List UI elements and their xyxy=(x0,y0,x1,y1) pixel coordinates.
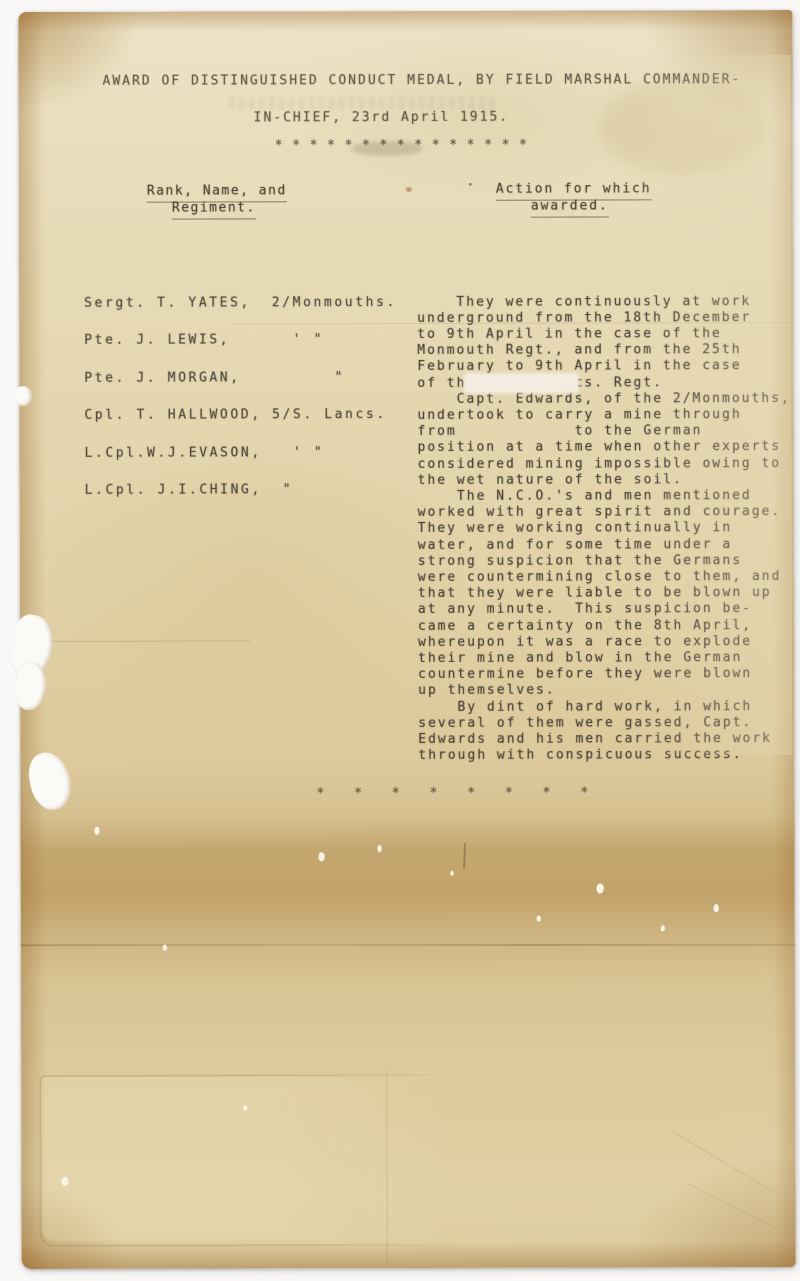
action-text-line: They were continuously at work xyxy=(417,294,790,311)
asterisk-separator-bottom: * * * * * * * * xyxy=(316,786,589,803)
paper-fleck xyxy=(714,904,719,912)
action-text-line: to 9th April in the case of the xyxy=(417,326,790,343)
document-page: AWARD OF DISTINGUISHED CONDUCT MEDAL, BY… xyxy=(18,10,795,1269)
action-text-line: came a certainty on the 8th April, xyxy=(418,618,791,635)
paper-fleck xyxy=(319,852,325,861)
action-text-line: They were working continually in xyxy=(418,520,791,537)
action-text-line: position at a time when other experts xyxy=(417,439,790,456)
imprint-inner-area xyxy=(41,1076,477,1241)
paper-fleck xyxy=(378,845,382,852)
paper-fleck xyxy=(243,1105,247,1110)
action-text-line: strong suspicion that the Germans xyxy=(418,553,791,570)
action-text-line: Monmouth Regt., and from the 25th xyxy=(417,342,790,359)
paper-damage-chip xyxy=(14,386,32,406)
left-column-header-line2: Regiment. xyxy=(172,200,256,219)
action-text-line: up themselves. xyxy=(418,682,791,699)
ink-speck xyxy=(469,183,472,186)
action-text-line: Capt. Edwards, of the 2/Monmouths, xyxy=(417,391,790,408)
action-text-line: several of them were gassed, Capt. xyxy=(418,715,791,732)
fold-line-horizontal xyxy=(21,944,795,946)
recipient-row: L.Cpl.W.J.EVASON, ' " xyxy=(84,445,397,462)
recipient-list: Sergt. T. YATES, 2/Monmouths.Pte. J. LEW… xyxy=(84,247,398,520)
stain-top-right xyxy=(599,79,769,174)
recipient-row: Sergt. T. YATES, 2/Monmouths. xyxy=(84,295,397,312)
crease-line-left xyxy=(20,640,250,642)
right-column-header-line2: awarded. xyxy=(531,198,609,217)
paper-fleck xyxy=(661,925,665,931)
sheet-imprint-outline xyxy=(39,1074,481,1247)
ghost-type-impression xyxy=(229,97,499,110)
action-text-line: worked with great spirit and courage. xyxy=(418,504,791,521)
action-text-line: through with conspicuous success. xyxy=(418,747,791,764)
action-text-column: They were continuously at workundergroun… xyxy=(417,245,792,764)
action-text-line: their mine and blow in the German xyxy=(418,650,791,667)
action-text-line: underground from the 18th December xyxy=(417,310,790,327)
action-text-line: the wet nature of the soil. xyxy=(418,472,791,489)
asterisk-separator-top: * * * * * * * * * * * * * * * xyxy=(275,138,528,155)
action-text-line: considered mining impossible owing to xyxy=(418,456,791,473)
fold-line-vertical xyxy=(386,1069,388,1264)
recipient-row: Pte. J. LEWIS, ' " xyxy=(84,332,397,349)
recipient-row: Cpl. T. HALLWOOD, 5/S. Lancs. xyxy=(84,407,397,424)
paper-fleck xyxy=(451,871,454,876)
action-text-line: By dint of hard work, in which xyxy=(418,699,791,716)
rust-spot xyxy=(406,187,412,192)
action-text-line: water, and for some time under a xyxy=(418,537,791,554)
scratch-mark-bottom-right-2 xyxy=(687,1183,777,1229)
action-text-line: that they were liable to be blown up xyxy=(418,585,791,602)
scratch-mark xyxy=(463,843,466,869)
paper-fleck xyxy=(537,916,541,922)
action-text-line: from to the German xyxy=(417,423,790,440)
action-text-line: The N.C.O.'s and men mentioned xyxy=(418,488,791,505)
action-text-line: Edwards and his men carried the work xyxy=(418,731,791,748)
recipient-row: Pte. J. MORGAN, " xyxy=(84,370,397,387)
paper-fleck xyxy=(597,883,604,893)
action-text-line: February to 9th April in the case xyxy=(417,358,790,375)
action-text-line: whereupon it was a race to explode xyxy=(418,634,791,651)
redaction-patch xyxy=(465,375,577,392)
scan-background: AWARD OF DISTINGUISHED CONDUCT MEDAL, BY… xyxy=(0,0,800,1281)
paper-fleck xyxy=(94,827,99,835)
scratch-mark-bottom-right-1 xyxy=(670,1129,774,1191)
document-title-line2: IN-CHIEF, 23rd April 1915. xyxy=(254,110,510,127)
recipient-row: L.Cpl. J.I.CHING, " xyxy=(85,482,398,499)
action-text-line: at any minute. This suspicion be- xyxy=(418,601,791,618)
paper-fleck xyxy=(163,945,167,951)
action-text-line: countermine before they were blown xyxy=(418,666,791,683)
action-text-line: were countermining close to them, and xyxy=(418,569,791,586)
action-text-line: undertook to carry a mine through xyxy=(417,407,790,424)
document-title-line1: AWARD OF DISTINGUISHED CONDUCT MEDAL, BY… xyxy=(103,72,742,90)
paper-fleck xyxy=(61,1177,68,1186)
